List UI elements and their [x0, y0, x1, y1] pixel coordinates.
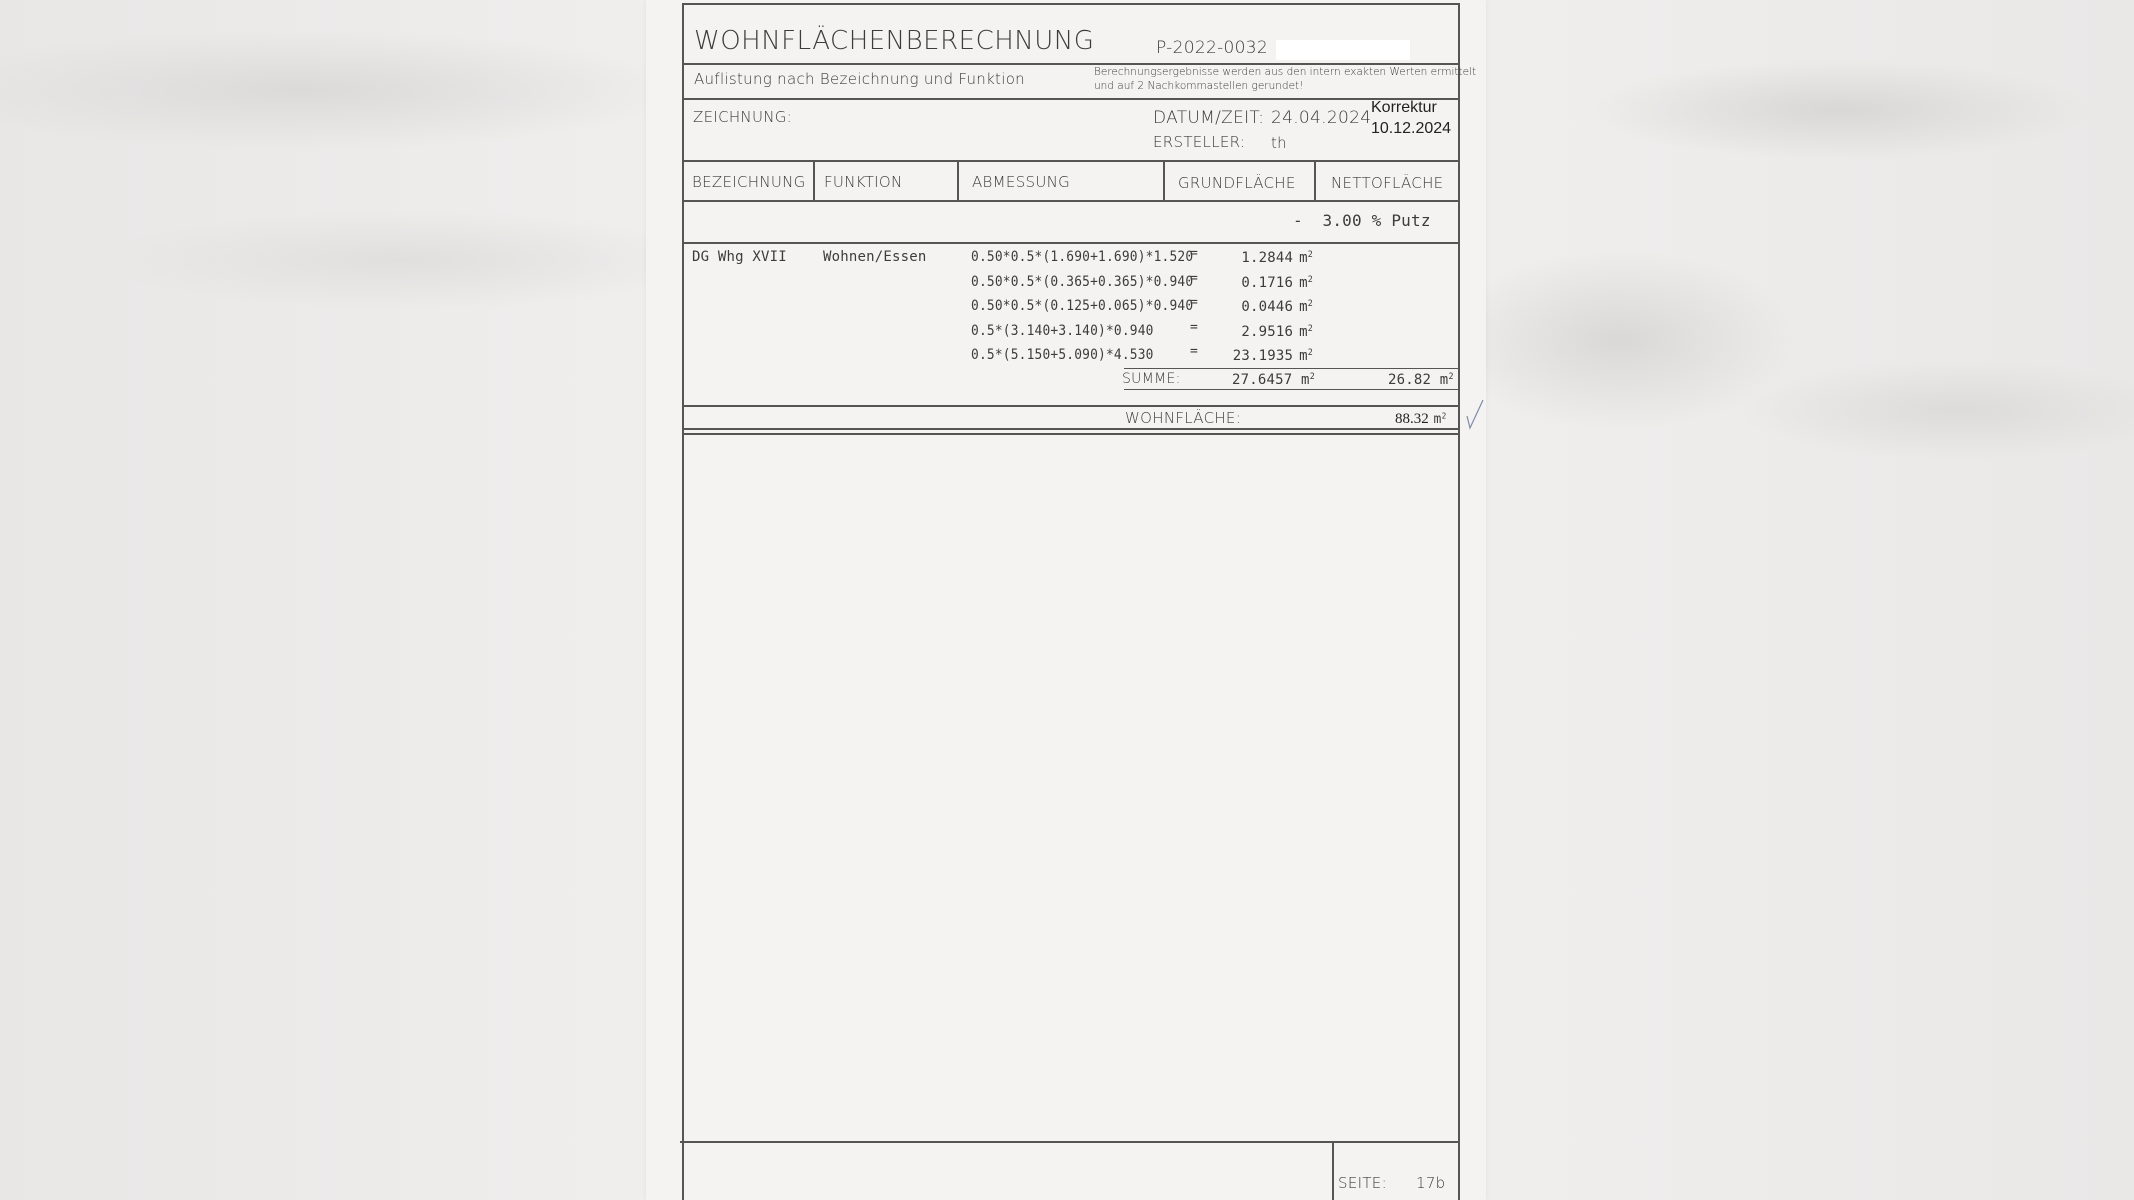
sum-label: SUMME: [1122, 371, 1181, 387]
rounding-note-line2: und auf 2 Nachkommastellen gerundet! [1094, 80, 1303, 92]
divider-room-bottom [682, 405, 1460, 407]
divider-putz [682, 242, 1460, 244]
sum-net-value: 26.82 [1388, 372, 1431, 388]
calc-area-unit: m2 [1299, 250, 1313, 266]
correction-date: 10.12.2024 [1371, 120, 1451, 138]
document-title: WOHNFLÄCHENBERECHNUNG [694, 26, 1094, 56]
divider-subtitle [682, 98, 1460, 100]
calc-area: 0.1716m2 [1241, 274, 1313, 291]
calc-area-unit: m2 [1299, 275, 1313, 291]
calc-area: 1.2844m2 [1241, 249, 1313, 266]
sum-gross: 27.6457 m2 [1232, 371, 1315, 388]
calc-area-unit: m2 [1299, 324, 1313, 340]
total-area-value: 88.32 [1395, 411, 1429, 427]
sum-bottom-line [1124, 389, 1460, 390]
divider-drawing [682, 160, 1460, 162]
calc-area-value: 0.1716 [1241, 275, 1293, 291]
sum-net-unit: m2 [1440, 372, 1454, 388]
calc-formula: 0.5*(5.150+5.090)*4.530 [971, 347, 1154, 363]
footer-top-line [680, 1141, 1460, 1143]
calc-equals: = [1190, 320, 1198, 335]
plaster-deduction: - 3.00 % Putz [1293, 211, 1431, 230]
header-abmessung: ABMESSUNG [972, 173, 1070, 191]
page-number: 17b [1416, 1174, 1446, 1192]
col-divider-4 [1314, 160, 1316, 202]
frame-right [1458, 3, 1460, 1200]
sum-net: 26.82 m2 [1388, 371, 1454, 388]
sum-top-line [1124, 368, 1460, 369]
correction-label: Korrektur [1371, 99, 1437, 117]
calc-area: 23.1935m2 [1233, 347, 1313, 364]
calc-equals: = [1190, 344, 1198, 359]
room-designation: DG Whg XVII [692, 249, 787, 265]
calc-equals: = [1190, 271, 1198, 286]
header-funktion: FUNKTION [824, 173, 903, 191]
calc-area-value: 2.9516 [1241, 324, 1293, 340]
redacted-field [1276, 40, 1410, 60]
drawing-label: ZEICHNUNG: [693, 108, 792, 126]
calc-formula: 0.50*0.5*(1.690+1.690)*1.520 [971, 249, 1193, 265]
document-subtitle: Auflistung nach Bezeichnung und Funktion [694, 70, 1025, 88]
col-divider-2 [957, 160, 959, 202]
calc-area-unit: m2 [1299, 299, 1313, 315]
author-label: ERSTELLER: [1153, 133, 1245, 151]
sum-gross-unit: m2 [1301, 372, 1315, 388]
date-value: 24.04.2024 [1271, 108, 1371, 128]
calc-formula: 0.50*0.5*(0.365+0.365)*0.940 [971, 274, 1193, 290]
calc-area-value: 23.1935 [1233, 348, 1293, 364]
divider-total-2 [682, 433, 1460, 435]
calc-area-unit: m2 [1299, 348, 1313, 364]
divider-total-1 [682, 428, 1460, 430]
frame-left [682, 3, 684, 1200]
total-area-unit: m2 [1434, 412, 1447, 427]
project-number: P-2022-0032 [1156, 38, 1268, 58]
checkmark-icon [1464, 398, 1486, 432]
header-bezeichnung: BEZEICHNUNG [692, 173, 806, 191]
total-label: WOHNFLÄCHE: [1125, 409, 1241, 427]
col-divider-1 [813, 160, 815, 202]
sum-gross-value: 27.6457 [1232, 372, 1292, 388]
calc-area: 0.0446m2 [1241, 298, 1313, 315]
divider-title [682, 63, 1460, 65]
calc-area-value: 1.2844 [1241, 250, 1293, 266]
date-label: DATUM/ZEIT: [1153, 108, 1264, 128]
calc-equals: = [1190, 246, 1198, 261]
calc-area: 2.9516m2 [1241, 323, 1313, 340]
footer-page-divider [1332, 1141, 1334, 1200]
author-value: th [1271, 134, 1287, 152]
room-function: Wohnen/Essen [823, 249, 927, 265]
header-grundflaeche: GRUNDFLÄCHE [1178, 174, 1296, 192]
calc-equals: = [1190, 295, 1198, 310]
page-label: SEITE: [1338, 1174, 1387, 1192]
rounding-note-line1: Berechnungsergebnisse werden aus den int… [1094, 66, 1476, 78]
total-area: 88.32 m2 [1395, 409, 1446, 428]
col-divider-3 [1163, 160, 1165, 202]
header-nettoflaeche: NETTOFLÄCHE [1331, 174, 1443, 192]
calc-formula: 0.5*(3.140+3.140)*0.940 [971, 323, 1154, 339]
calc-formula: 0.50*0.5*(0.125+0.065)*0.940 [971, 298, 1193, 314]
frame-top [682, 3, 1460, 5]
calc-area-value: 0.0446 [1241, 299, 1293, 315]
divider-header [682, 200, 1460, 202]
